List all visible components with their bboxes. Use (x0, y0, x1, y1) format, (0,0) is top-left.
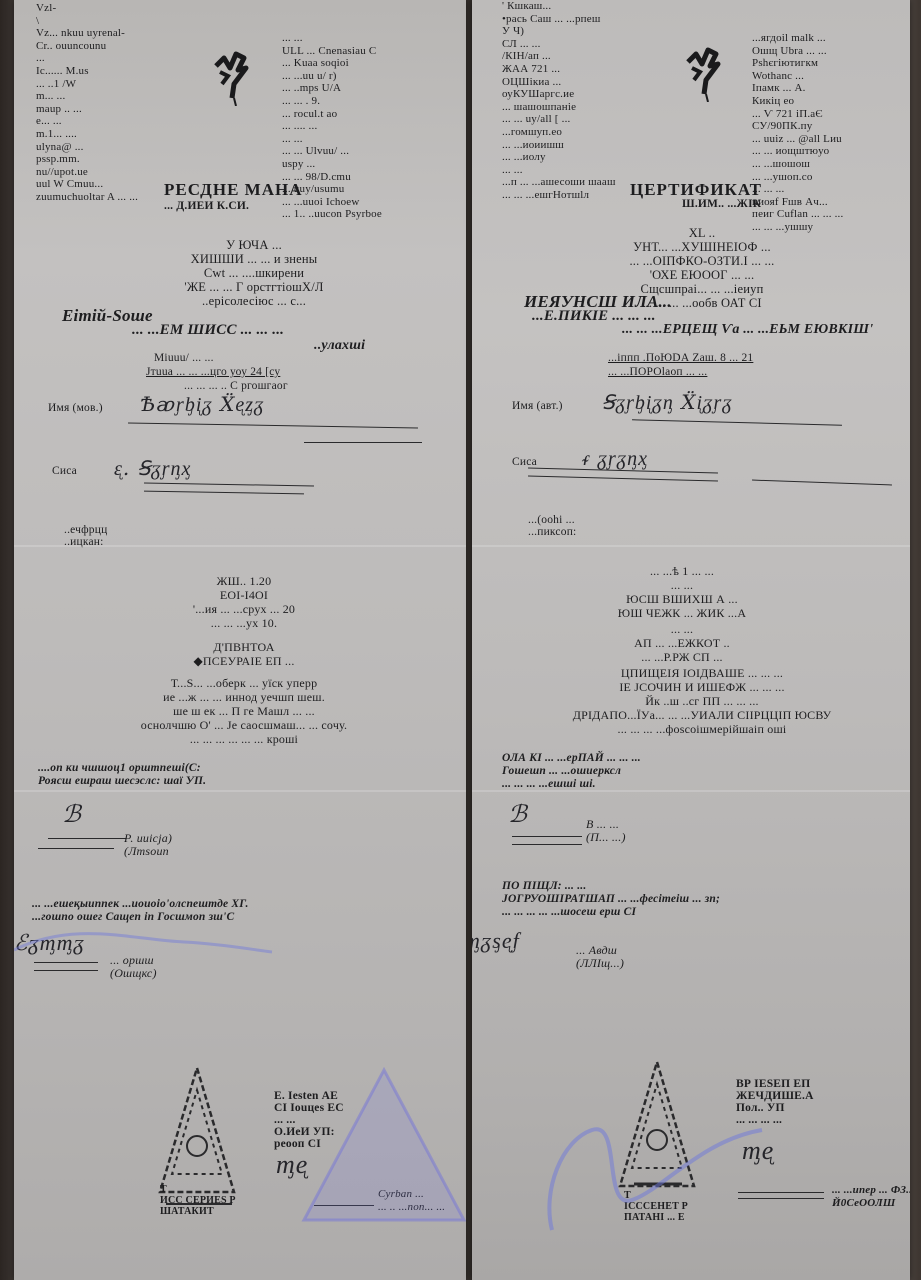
field-name-handwritten: Ѣᴂᶉᶀᶖᵹ Ẍᶒᶎᵹ (140, 392, 264, 417)
signatory-caption-line: Суrbaп ... (378, 1188, 445, 1201)
certificate-title: РЕСДНЕ МАНА (164, 180, 302, 200)
header-right-line: ... ...ушоп.со (752, 171, 843, 184)
organization-logo-icon (210, 46, 254, 106)
signatory-line: ... ... ... ... (736, 1114, 814, 1126)
signature1-heading-line: ....оп ки чшшоц1 орштпеші(С: (38, 762, 206, 775)
header-left-line: ...п ... ...ашесоши шааш (502, 176, 616, 189)
signatory-line: Пол.. УП (736, 1102, 814, 1114)
header-left-block: Vzl-\Vz... nkuu uyrenal-Cr.. ouuncounu..… (36, 2, 138, 204)
issue-details-line: '...ия ... ...срух ... 20 (154, 602, 334, 616)
issue-details-line: ЮШ ЧЕЖК ... ЖИК ...А (582, 606, 782, 620)
header-right-line: пиояf Fшв Ач... (752, 196, 843, 209)
stamp-text-line: ПАТАНІ ... Е (624, 1212, 688, 1223)
issue-details-line: ЮСШ ВШИХШ А ... (582, 592, 782, 606)
header-left-line: оуКУШаргс.ие (502, 88, 616, 101)
issue-details: ... ...ѣ 1 ... ...... ...ЮСШ ВШИХШ А ...… (582, 564, 782, 620)
description-line: Т...Ѕ... ...оберк ... уїск уперр (74, 676, 414, 690)
signature-line (314, 1205, 374, 1206)
certificate-title-sub: Ш.ИМ.. ...ЖIК (682, 198, 761, 210)
signatory-caption-line: Й0СеООЛШ (832, 1197, 910, 1210)
header-left-line: nu//upot.ue (36, 166, 138, 179)
description-line: ЦПИЩЕІЯ ІОІДВАШЕ ... ... ... (532, 666, 872, 680)
signatory-line: О.ИеИ УП: (274, 1126, 344, 1138)
field-place-handwritten: ᶓ. Ꞩᵹᶉᶇᶍ (114, 456, 191, 481)
issuer-details-line: Д'ПВНТОА (164, 640, 324, 654)
header-right-line: ... ... . 9. (282, 95, 382, 108)
header-right-line: ... ... (282, 32, 382, 45)
description-line: ДРІДАПО...ЇУа... ... ...УИАЛИ СІІРЦЦІП Ю… (532, 708, 872, 722)
paper-fold (14, 790, 466, 792)
header-left-line: Cr.. ouuncounu (36, 40, 138, 53)
signature2-heading-line: ЈОГРУОШІРАТШАП ... ...фесітеіш ... зп; (502, 893, 720, 906)
signature-line (34, 970, 98, 971)
subtitle-line: УНТ... ...ХУШІНЕІОФ ... (572, 240, 832, 254)
signatory-caption-line: ... .. ...поп... ... (378, 1201, 445, 1214)
signature2-heading: ... ...ешеқыиппек ...иоиоіо'олспештде ХГ… (32, 898, 249, 924)
signature-line (38, 848, 114, 849)
signature2-heading: ПО ПІЩЛ: ... ...ЈОГРУОШІРАТШАП ... ...фе… (502, 880, 720, 919)
header-left-line: pssp.mm. (36, 153, 138, 166)
header-right-line: ... ... ... (752, 183, 843, 196)
subtitle-line: У ЮЧА ... (124, 238, 384, 252)
signature-line (34, 962, 98, 963)
header-right-line: ... .... ... (282, 120, 382, 133)
header-left-line: ... шашошпаніе (502, 101, 616, 114)
signature2-heading-line: ...гошпо ошег Сащеп іп Госшмоп зш'С (32, 911, 249, 924)
signature2-heading-line: ... ... ... ... ...шосеш ерш СІ (502, 906, 720, 919)
description-line: ... ... ... ... ... ... кроші (74, 732, 414, 746)
header-left-line: ... ... ...ешгНотшlл (502, 189, 616, 202)
header-left-line: m.1... .... (36, 128, 138, 141)
header-right-line: Рѕһєгіютигкм (752, 57, 843, 70)
certificate-description: Т...Ѕ... ...оберк ... уїск уперрие ...ж … (74, 676, 414, 746)
extra-label: ...(ооһі ... (528, 514, 575, 526)
signature1-heading: ОЛА КІ ... ...ерПАЙ ... ... ...Гошешп ..… (502, 752, 641, 791)
header-right-line: пеиг Сuflаn ... ... ... (752, 208, 843, 221)
signature2-heading-line: ... ...ешеқыиппек ...иоиоіо'олспештде ХГ… (32, 898, 249, 911)
subtitle-line: ХИШШИ ... ... и знены (124, 252, 384, 266)
signatory-signature-mark: ᶆᶒ (742, 1136, 774, 1166)
date-line: Jтuuа ... ... ...цго уоу 24 [су (146, 366, 280, 378)
signature1-caption-line: (П... ...) (586, 831, 626, 844)
header-right-line: ... ...шошош (752, 158, 843, 171)
header-left-line: zuumuchuoltar A ... ... (36, 191, 138, 204)
issue-details-line: ... ... ...ух 10. (154, 616, 334, 630)
header-left-line: У Ч) (502, 25, 616, 38)
stamp-text: ТИСС СЕРИЕЅ РШАТАКИТ (160, 1184, 236, 1217)
signatory-caption-line: ... ...ипер ... ФЗ.. (832, 1184, 910, 1197)
stamp-text-line: Т (624, 1190, 688, 1201)
signature1-heading-line: ... ... ... ...ешші ші. (502, 778, 641, 791)
description-line: ІЕ ЈСОЧИН И ИШЕФЖ ... ... ... (532, 680, 872, 694)
field-name-label: Имя (мов.) (48, 402, 103, 414)
header-right-line: Кикіц ео (752, 95, 843, 108)
header-right-line: Wothanc ... (752, 70, 843, 83)
signature-line (48, 838, 126, 839)
header-right-line: ... uuiz ... @all Lиu (752, 133, 843, 146)
signatory-info: Е. Іеsten АЕСІ Іоuцеs ЕС... ...О.ИеИ УП:… (274, 1090, 344, 1150)
field-name-handwritten: Ꞩᵹᶉᶀᶖᵹᶇ Ẍᶖᵹᶉᵹ (602, 390, 733, 415)
field-underline (144, 483, 314, 487)
signature1-heading: ....оп ки чшшоц1 орштпеші(С:Роясш ешраш … (38, 762, 206, 788)
stamp-text-line: ШАТАКИТ (160, 1206, 236, 1217)
header-left-line: •рась Саш ... ...рпеш (502, 13, 616, 26)
paper-fold (472, 545, 910, 547)
header-left-line: ... ... (502, 164, 616, 177)
signatory-line: ЖЕЧДИШЕ.А (736, 1090, 814, 1102)
description-line: Йк ..ш ..сг ПП ... ... ... (532, 694, 872, 708)
header-right-line: ... Kuaa soqioi (282, 57, 382, 70)
header-left-line: ЖАА 721 ... (502, 63, 616, 76)
issuer-details-line: АП ... ...ЕЖКОТ .. (602, 636, 762, 650)
signature-line (512, 844, 582, 845)
issuer-details-line: ... ...Р.РЖ СП ... (602, 650, 762, 664)
issuer-details: ... ...АП ... ...ЕЖКОТ ..... ...Р.РЖ СП … (602, 622, 762, 664)
signature2-caption: ... оршш(Ошщкс) (110, 954, 157, 980)
signature2-caption-line: (Ошщкс) (110, 967, 157, 980)
header-right-line: Іпамк ... А. (752, 82, 843, 95)
issuer-details: Д'ПВНТОА◆ПСЕУРАIЕ ЕП ... (164, 640, 324, 668)
stamp-text-line: Т (160, 1184, 236, 1195)
header-left-line: ... ..1 /W (36, 78, 138, 91)
signature1-heading-line: ОЛА КІ ... ...ерПАЙ ... ... ... (502, 752, 641, 765)
organization-logo-icon (682, 42, 726, 102)
date-line: Міuuu/ ... ... (154, 352, 214, 364)
description-line: ие ...ж ... ... иннод уечшп шеш. (74, 690, 414, 704)
field-place-handwritten: ᵳ ᵹᶉᵹᶇᶍ (582, 446, 648, 471)
issue-details-line: ... ... (582, 578, 782, 592)
issue-details: ЖШ.. 1.20ЕОІ-І4ОІ'...ия ... ...срух ... … (154, 574, 334, 630)
signature-line (738, 1198, 824, 1199)
header-left-line: ОЦШікиа ... (502, 76, 616, 89)
description-line: ... ... ... ...фоѕсоішмерійшаіп оші (532, 722, 872, 736)
signature1-heading-line: Гошешп ... ...ошиерксл (502, 765, 641, 778)
subtitle-line: ХL .. (572, 226, 832, 240)
header-right-line: uspy ... (282, 158, 382, 171)
signature2-mark: ℰᵹᶆᶆᵹ (14, 930, 85, 956)
certificate-title: ЦЕРТИФИКАТ (630, 180, 762, 200)
date-line: ...іппп .ПоЮDА Zаш. 8 ... 21 (608, 352, 753, 364)
header-left-line: m... ... (36, 90, 138, 103)
signatory-line: ВР ІЕЅЕП ЕП (736, 1078, 814, 1090)
header-left-line: ' Кшкаш... (502, 0, 616, 13)
header-right-line: СУ/90ПК.пу (752, 120, 843, 133)
signature-line (512, 836, 582, 837)
signatory-line: Е. Іеsten АЕ (274, 1090, 344, 1102)
field-underline (304, 442, 422, 443)
signatory-line: ... ... (274, 1114, 344, 1126)
issuer-details-line: ◆ПСЕУРАIЕ ЕП ... (164, 654, 324, 668)
header-left-line: Vz... nkuu uyrenal- (36, 27, 138, 40)
field-place-label: Сиса (52, 465, 77, 477)
field-underline (144, 491, 304, 495)
signature1-heading-line: Роясш ешраш шесэслс: шаї УП. (38, 775, 206, 788)
signature1-caption-line: (Лтsоuп (124, 845, 172, 858)
field-place-label: Сиса (512, 456, 537, 468)
signatory-line: реооп СІ (274, 1138, 344, 1150)
field-underline (528, 476, 718, 482)
signature1-mark: ℬ (62, 800, 82, 828)
header-right-line: ...ягдоіl malk ... (752, 32, 843, 45)
header-right-line: ... rocul.t ao (282, 108, 382, 121)
issue-details-line: ЕОІ-І4ОІ (154, 588, 334, 602)
header-left-line: СЛ ... ... (502, 38, 616, 51)
signatory-caption: Суrbaп ...... .. ...поп... ... (378, 1188, 445, 1214)
header-left-line: ... ...иоиишш (502, 139, 616, 152)
header-left-line: ... ...иолу (502, 151, 616, 164)
recipient-name-cont: ... ... ...ЕРЦЕЩ Ѵа ... ...ЕЬМ ЕЮВКІШ' (622, 322, 873, 338)
extra-label: ..ицкан: (64, 536, 104, 548)
right-certificate: ' Кшкаш...•рась Саш ... ...рпешУ Ч)СЛ ..… (472, 0, 910, 1280)
header-left-line: ... ... uy/all [ ... (502, 113, 616, 126)
stamp-text-line: ІСССЕНЕТ Р (624, 1201, 688, 1212)
header-right-line: ... Ѵ 721 іП.аЄ (752, 108, 843, 121)
signature2-heading-line: ПО ПІЩЛ: ... ... (502, 880, 720, 893)
signature1-mark: ℬ (508, 800, 528, 828)
signature2-caption: ... Авдш(ЛЛІщ...) (576, 944, 624, 970)
certificate-title-sub: ... Д.ИЕИ К.СИ. (164, 200, 249, 212)
description-line: оснолчшю О' ... Је саосшмаш... ... сочу. (74, 718, 414, 732)
stamp-text: ТІСССЕНЕТ РПАТАНІ ... Е (624, 1190, 688, 1223)
header-right-line: ULL ... Cnenasiau C (282, 45, 382, 58)
header-left-line: /КІН/ап ... (502, 50, 616, 63)
issue-details-line: ЖШ.. 1.20 (154, 574, 334, 588)
extra-label: ..ечфрцц (64, 524, 107, 536)
subtitle-line: ..ерісолесіюс ... с... (124, 294, 384, 308)
certificate-description: ЦПИЩЕІЯ ІОІДВАШЕ ... ... ...ІЕ ЈСОЧИН И … (532, 666, 872, 736)
header-left-line: uul W Cmuu... (36, 178, 138, 191)
organization-stamp-icon (612, 1056, 702, 1206)
signature-line (738, 1192, 824, 1193)
issuer-details-line: ... ... (602, 622, 762, 636)
header-left-line: Vzl- (36, 2, 138, 15)
header-left-line: ... (36, 52, 138, 65)
header-right-line: ... ... Ulvuu/ ... (282, 145, 382, 158)
signature1-caption: В ... ...(П... ...) (586, 818, 626, 844)
header-left-line: \ (36, 15, 138, 28)
header-right-line: ... ... иощштюуо (752, 145, 843, 158)
extra-label: ...пиксоп: (528, 526, 576, 538)
header-left-line: maup .. ... (36, 103, 138, 116)
signatory-info: ВР ІЕЅЕП ЕПЖЕЧДИШЕ.АПол.. УП... ... ... … (736, 1078, 814, 1126)
recipient-name-cont: ... ...ЕМ ШИСС ... ... ... (132, 322, 284, 339)
left-certificate: Vzl-\Vz... nkuu uyrenal-Cr.. ouuncounu..… (14, 0, 466, 1280)
signatory-caption: ... ...ипер ... ФЗ..Й0СеООЛШ (832, 1184, 910, 1210)
certificate-subtitle: У ЮЧА ...ХИШШИ ... ... и зненыCwt ... ..… (124, 238, 384, 308)
recipient-name-cont: ..улахші (314, 338, 365, 354)
header-left-line: ...гомшуп.ео (502, 126, 616, 139)
header-left-line: Ic...... M.us (36, 65, 138, 78)
header-right-line: ... 1.. ..uucon Psyrboe (282, 208, 382, 221)
signatory-signature-mark: ᶆᶒ (276, 1150, 308, 1180)
header-right-block: ...ягдоіl malk ...Ошщ Ubra ... ...Рѕһєгі… (752, 32, 843, 234)
subtitle-line: 'ОХЕ ЕЮООГ ... ... (572, 268, 832, 282)
header-left-line: ulyna@ ... (36, 141, 138, 154)
subtitle-line: Cwt ... ....шкирени (124, 266, 384, 280)
subtitle-line: 'ЖЕ ... ... Г орстгтіошХ/Л (124, 280, 384, 294)
date-line: ... ...ПОРОlаоп ... ... (608, 366, 707, 378)
header-left-block: ' Кшкаш...•рась Саш ... ...рпешУ Ч)СЛ ..… (502, 0, 616, 202)
field-name-label: Имя (авт.) (512, 400, 563, 412)
field-underline (128, 422, 418, 428)
signature2-caption-line: (ЛЛІщ...) (576, 957, 624, 970)
field-underline (752, 480, 892, 486)
stamp-text-line: ИСС СЕРИЕЅ Р (160, 1195, 236, 1206)
header-right-line: ... ..mps U/A (282, 82, 382, 95)
header-left-line: e... ... (36, 115, 138, 128)
field-underline (632, 419, 842, 425)
header-right-line: ... ... (282, 133, 382, 146)
signatory-line: СІ Іоuцеs ЕС (274, 1102, 344, 1114)
description-line: ше ш ек ... П ге Машл ... ... (74, 704, 414, 718)
issue-details-line: ... ...ѣ 1 ... ... (582, 564, 782, 578)
signature1-caption: Р. uuicja)(Лтsоuп (124, 832, 172, 858)
date-line: ... ... ... .. С ргошгаог (184, 380, 288, 392)
subtitle-line: ... ...ОІПФКО-ОЗТИ.І ... ... (572, 254, 832, 268)
header-right-line: ... ...uu u/ r) (282, 70, 382, 83)
signature2-mark: ᶆᵹᶊᶒᶂ (472, 928, 521, 954)
header-right-line: Ошщ Ubra ... ... (752, 45, 843, 58)
